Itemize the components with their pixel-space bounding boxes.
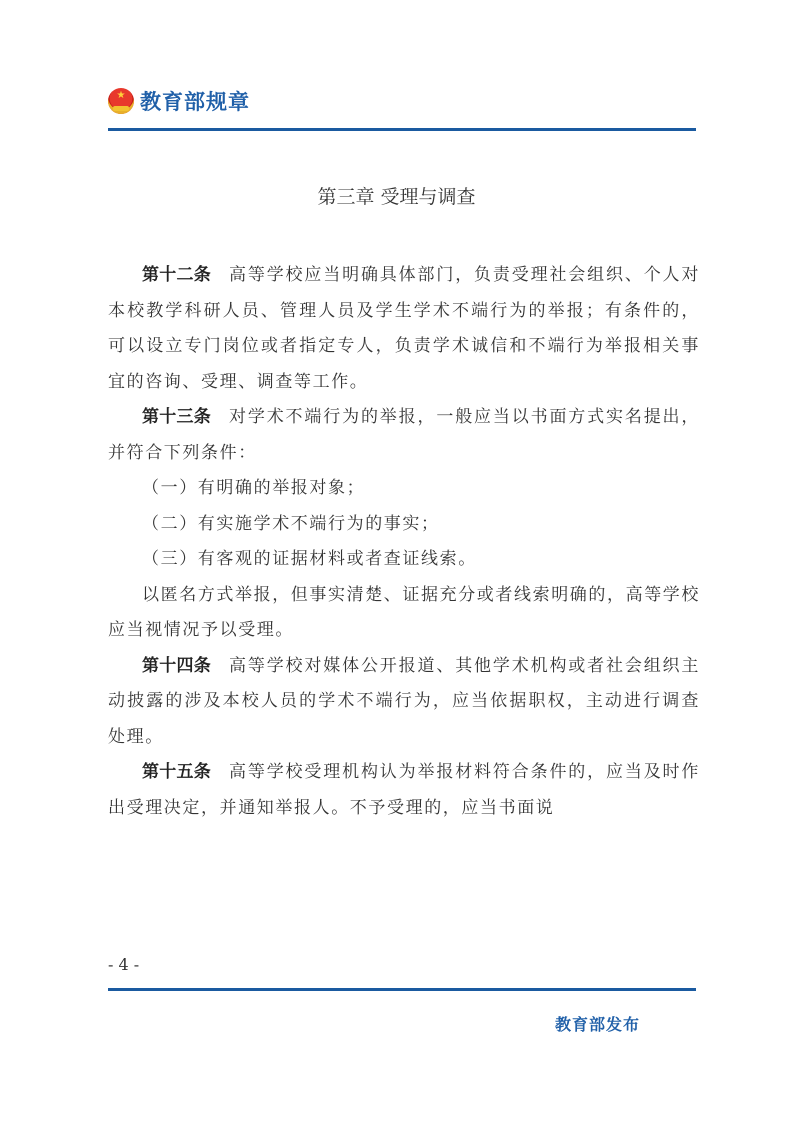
article-12: 第十二条高等学校应当明确具体部门，负责受理社会组织、个人对本校教学科研人员、管理… — [108, 258, 700, 400]
list-item: （三）有客观的证据材料或者查证线索。 — [108, 542, 700, 578]
article-label: 第十五条 — [142, 762, 211, 782]
list-item: （二）有实施学术不端行为的事实； — [108, 507, 700, 543]
national-emblem-icon — [108, 88, 134, 114]
article-label: 第十四条 — [142, 656, 211, 676]
header-divider — [108, 128, 696, 131]
article-14: 第十四条高等学校对媒体公开报道、其他学术机构或者社会组织主动披露的涉及本校人员的… — [108, 649, 700, 756]
article-label: 第十二条 — [142, 265, 211, 285]
article-13-extra: 以匿名方式举报，但事实清楚、证据充分或者线索明确的，高等学校应当视情况予以受理。 — [108, 578, 700, 649]
footer-publisher: 教育部发布 — [555, 1012, 640, 1035]
article-13: 第十三条对学术不端行为的举报，一般应当以书面方式实名提出，并符合下列条件： — [108, 400, 700, 471]
footer-divider — [108, 988, 696, 991]
article-15: 第十五条高等学校受理机构认为举报材料符合条件的，应当及时作出受理决定，并通知举报… — [108, 755, 700, 826]
header-title: 教育部规章 — [140, 86, 250, 116]
list-item: （一）有明确的举报对象； — [108, 471, 700, 507]
article-label: 第十三条 — [142, 407, 211, 427]
document-body: 第十二条高等学校应当明确具体部门，负责受理社会组织、个人对本校教学科研人员、管理… — [108, 258, 700, 826]
page-number: - 4 - — [108, 955, 139, 974]
document-header: 教育部规章 — [108, 86, 250, 116]
chapter-title: 第三章 受理与调查 — [0, 182, 793, 209]
